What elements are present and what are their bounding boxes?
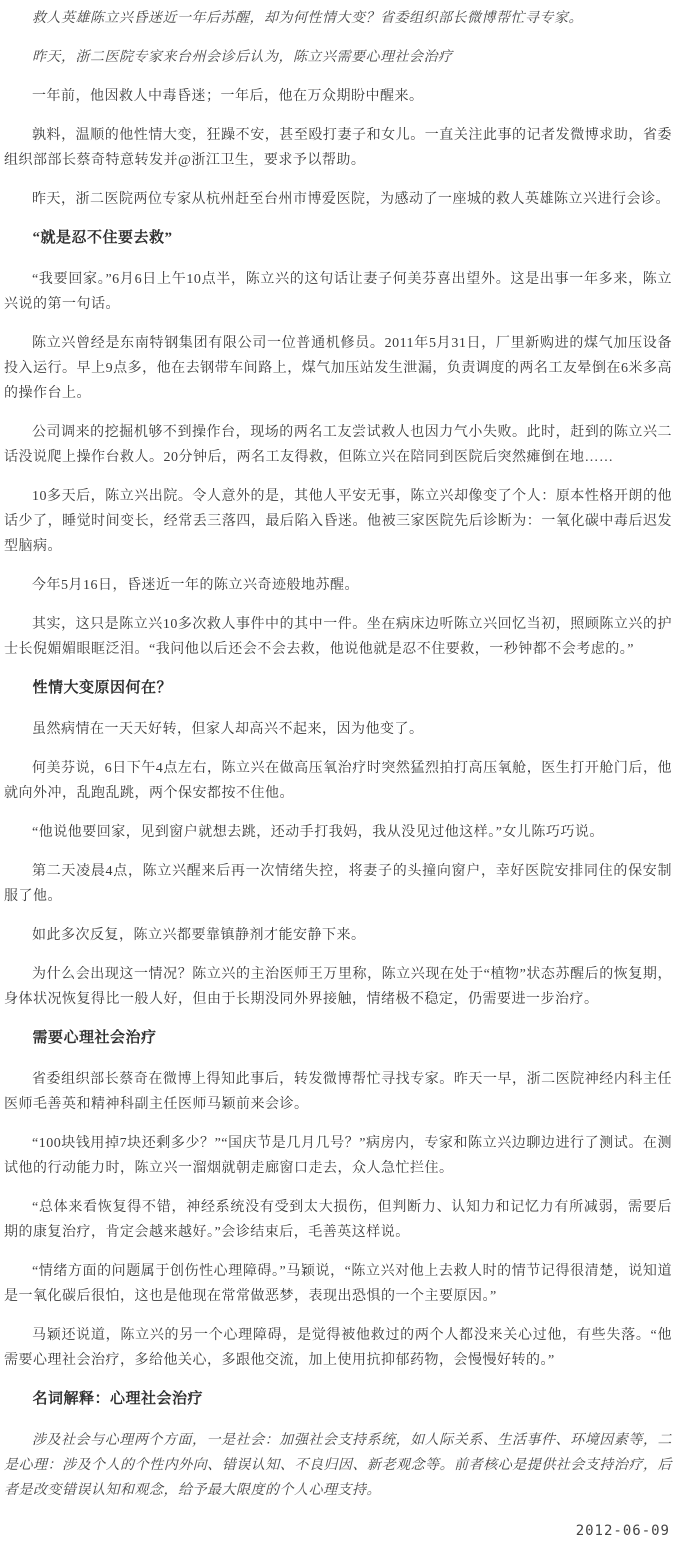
body-paragraph: 第二天凌晨4点，陈立兴醒来后再一次情绪失控，将妻子的头撞向窗户，幸好医院安排同住… (4, 859, 672, 909)
section-heading: 需要心理社会治疗 (4, 1026, 672, 1051)
body-paragraph: 陈立兴曾经是东南特钢集团有限公司一位普通机修员。2011年5月31日，厂里新购进… (4, 331, 672, 406)
body-paragraph: 一年前，他因救人中毒昏迷；一年后，他在万众期盼中醒来。 (4, 84, 672, 109)
article-body: 救人英雄陈立兴昏迷近一年后苏醒，却为何性情大变？省委组织部长微博帮忙寻专家。昨天… (4, 6, 672, 1503)
body-paragraph: 虽然病情在一天天好转，但家人却高兴不起来，因为他变了。 (4, 717, 672, 742)
section-heading: 性情大变原因何在？ (4, 676, 672, 701)
body-paragraph: “他说他要回家，见到窗户就想去跳，还动手打我妈，我从没见过他这样。”女儿陈巧巧说… (4, 820, 672, 845)
body-paragraph: “总体来看恢复得不错，神经系统没有受到太大损伤，但判断力、认知力和记忆力有所减弱… (4, 1195, 672, 1245)
body-paragraph: 孰料，温顺的他性情大变，狂躁不安，甚至殴打妻子和女儿。一直关注此事的记者发微博求… (4, 123, 672, 173)
body-paragraph: “情绪方面的问题属于创伤性心理障碍。”马颖说，“陈立兴对他上去救人时的情节记得很… (4, 1259, 672, 1309)
section-heading: “就是忍不住要去救” (4, 226, 672, 251)
body-paragraph: 马颖还说道，陈立兴的另一个心理障碍，是觉得被他救过的两个人都没来关心过他，有些失… (4, 1323, 672, 1373)
lede-paragraph: 昨天，浙二医院专家来台州会诊后认为，陈立兴需要心理社会治疗 (4, 45, 672, 70)
body-paragraph: 今年5月16日，昏迷近一年的陈立兴奇迹般地苏醒。 (4, 573, 672, 598)
body-paragraph: 何美芬说，6日下午4点左右，陈立兴在做高压氧治疗时突然猛烈拍打高压氧舱，医生打开… (4, 756, 672, 806)
body-paragraph: 其实，这只是陈立兴10多次救人事件中的其中一件。坐在病床边听陈立兴回忆当初，照顾… (4, 612, 672, 662)
publish-date: 2012-06-09 (576, 1523, 670, 1539)
glossary-paragraph: 涉及社会与心理两个方面，一是社会：加强社会支持系统，如人际关系、生活事件、环境因… (4, 1428, 672, 1503)
body-paragraph: 10多天后，陈立兴出院。令人意外的是，其他人平安无事，陈立兴却像变了个人：原本性… (4, 484, 672, 559)
body-paragraph: 如此多次反复，陈立兴都要靠镇静剂才能安静下来。 (4, 923, 672, 948)
lede-paragraph: 救人英雄陈立兴昏迷近一年后苏醒，却为何性情大变？省委组织部长微博帮忙寻专家。 (4, 6, 672, 31)
body-paragraph: “100块钱用掉7块还剩多少？”“国庆节是几月几号？”病房内，专家和陈立兴边聊边… (4, 1131, 672, 1181)
body-paragraph: 为什么会出现这一情况？陈立兴的主治医师王万里称，陈立兴现在处于“植物”状态苏醒后… (4, 962, 672, 1012)
body-paragraph: 公司调来的挖掘机够不到操作台，现场的两名工友尝试救人也因力气小失败。此时，赶到的… (4, 420, 672, 470)
body-paragraph: 昨天，浙二医院两位专家从杭州赶至台州市博爱医院，为感动了一座城的救人英雄陈立兴进… (4, 187, 672, 212)
body-paragraph: “我要回家。”6月6日上午10点半，陈立兴的这句话让妻子何美芬喜出望外。这是出事… (4, 267, 672, 317)
page: { "page": { "background_color": "#ffffff… (0, 0, 676, 1545)
body-paragraph: 省委组织部长蔡奇在微博上得知此事后，转发微博帮忙寻找专家。昨天一早，浙二医院神经… (4, 1067, 672, 1117)
section-heading: 名词解释：心理社会治疗 (4, 1387, 672, 1412)
